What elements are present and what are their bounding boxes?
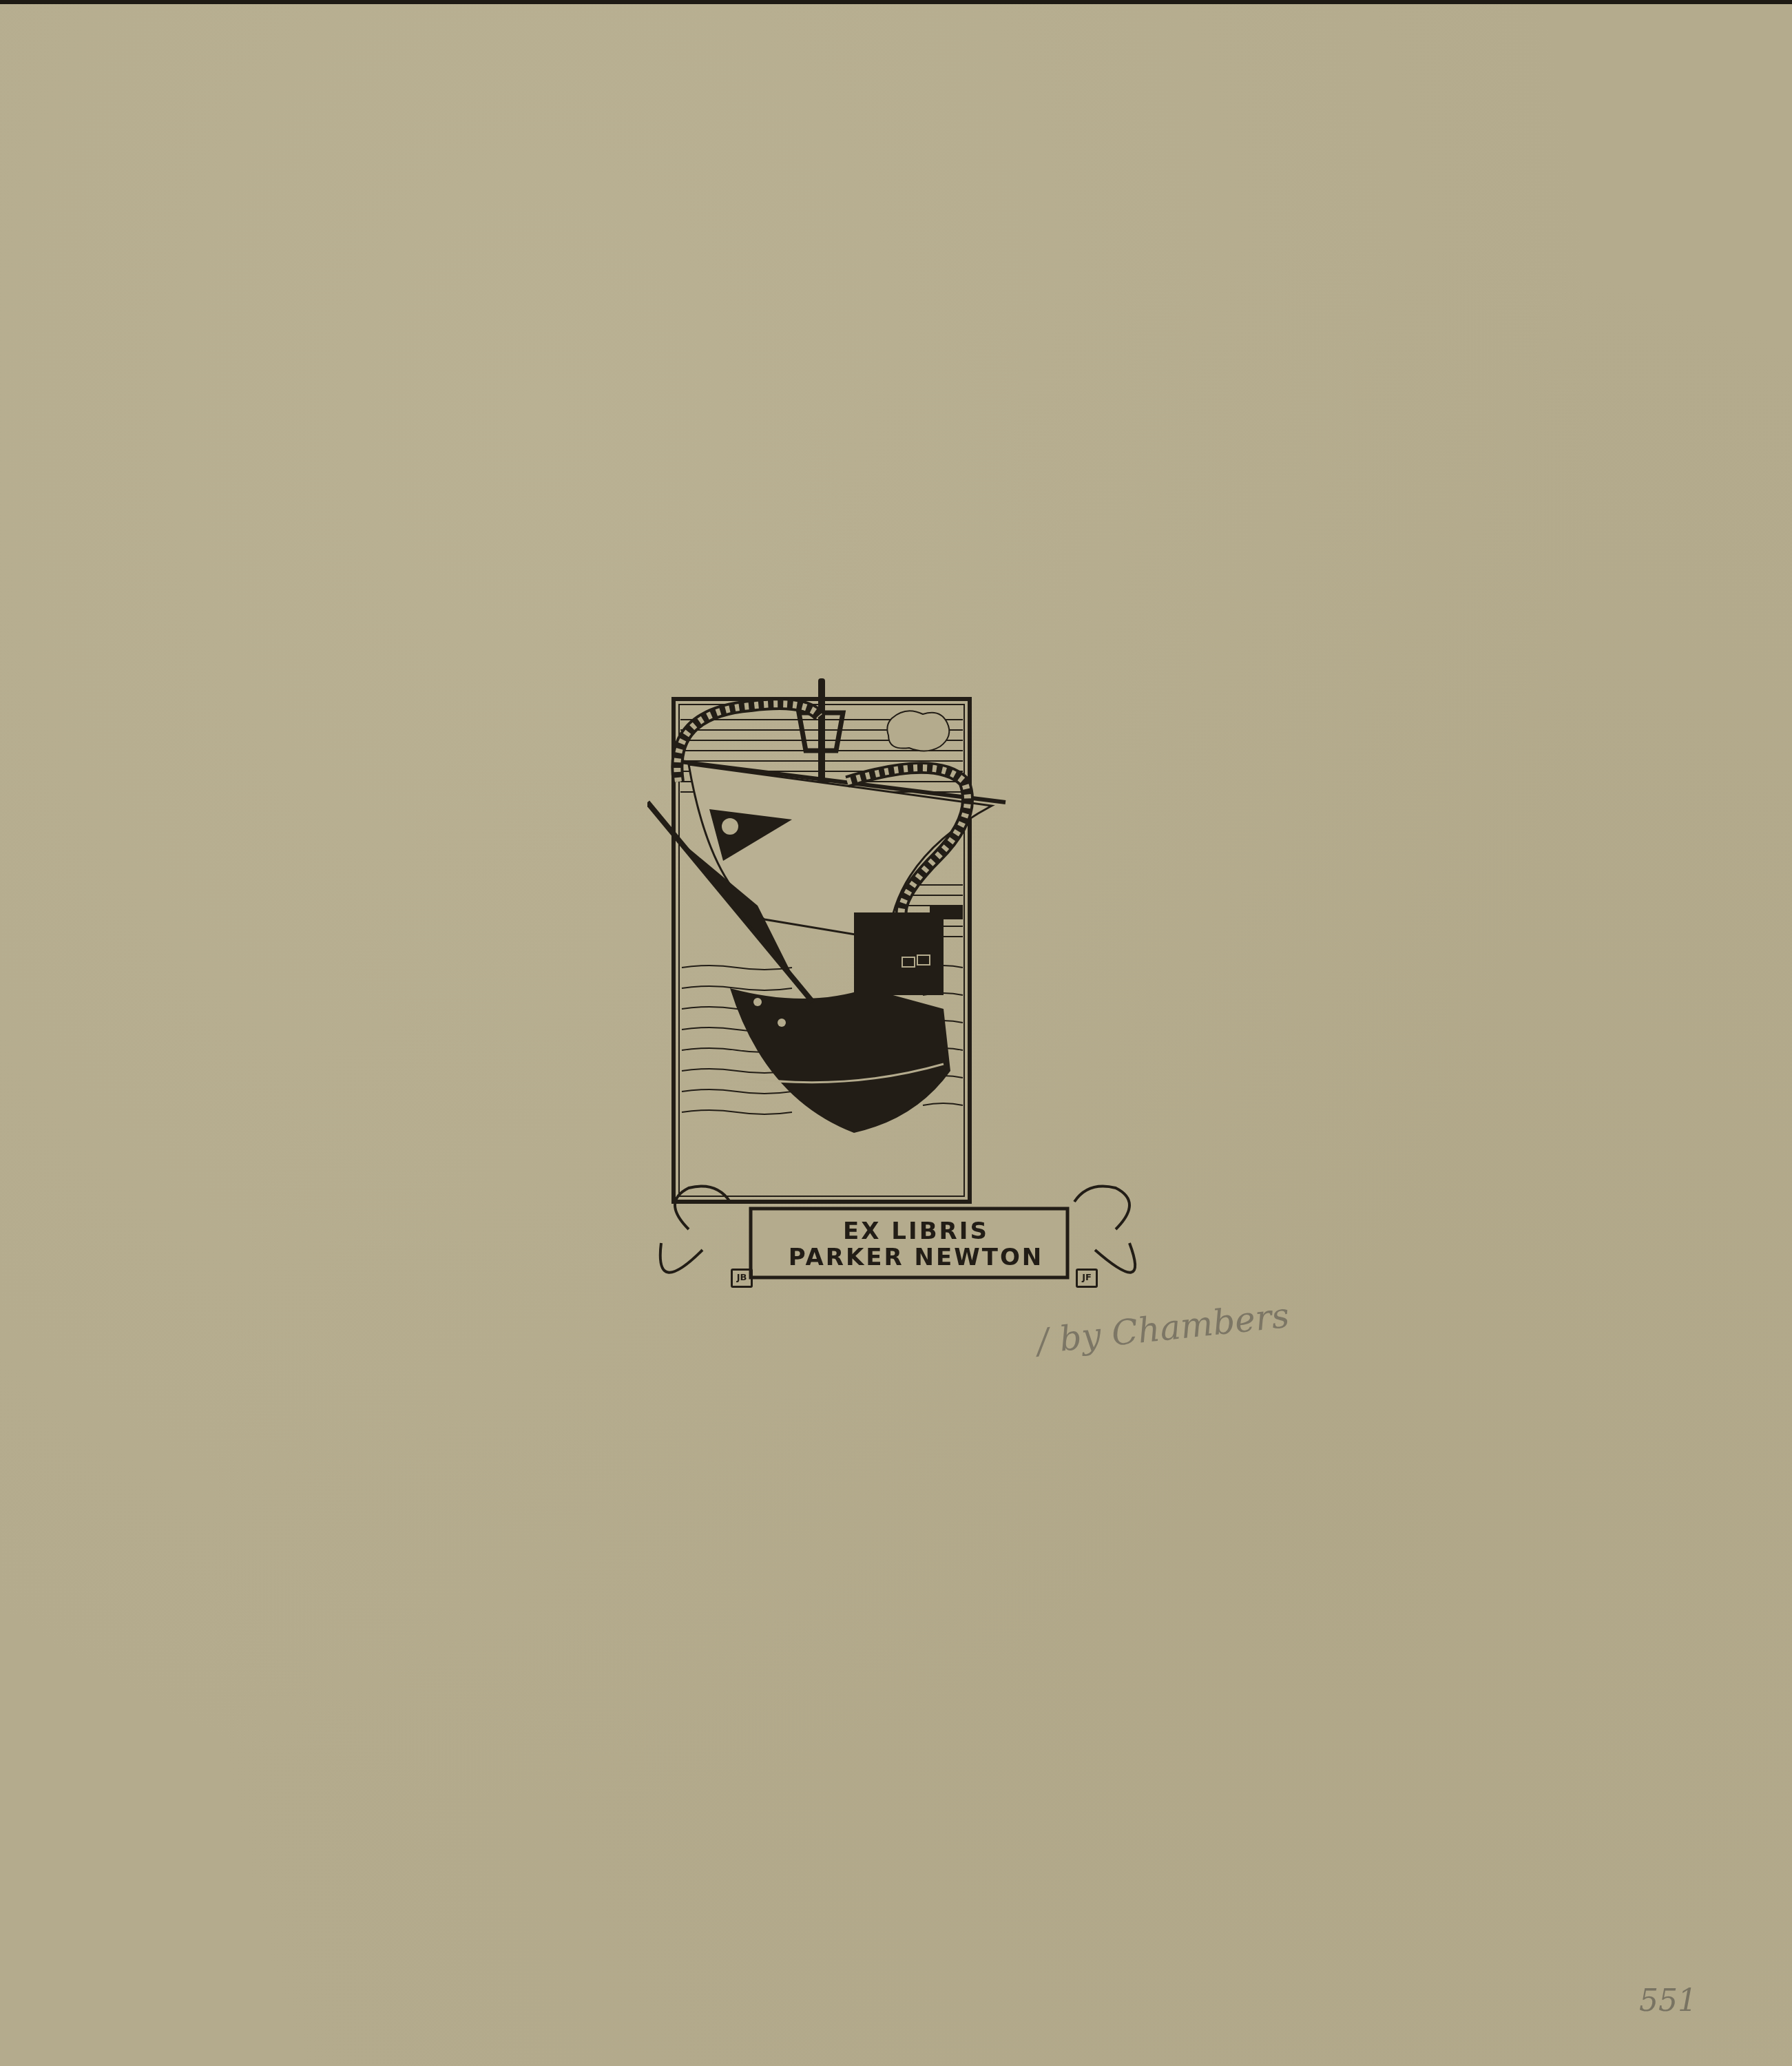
bookplate-illustration bbox=[647, 678, 1157, 1291]
pencil-catalog-number: 551 bbox=[1639, 1983, 1697, 2018]
artist-monogram-right: JF bbox=[1076, 1269, 1098, 1288]
bookplate-ex-libris: EX LIBRIS bbox=[758, 1218, 1074, 1245]
artist-monogram-left: JB bbox=[731, 1269, 753, 1288]
top-edge-border bbox=[0, 0, 1792, 4]
bookplate-owner-name: PARKER NEWTON bbox=[758, 1244, 1074, 1271]
